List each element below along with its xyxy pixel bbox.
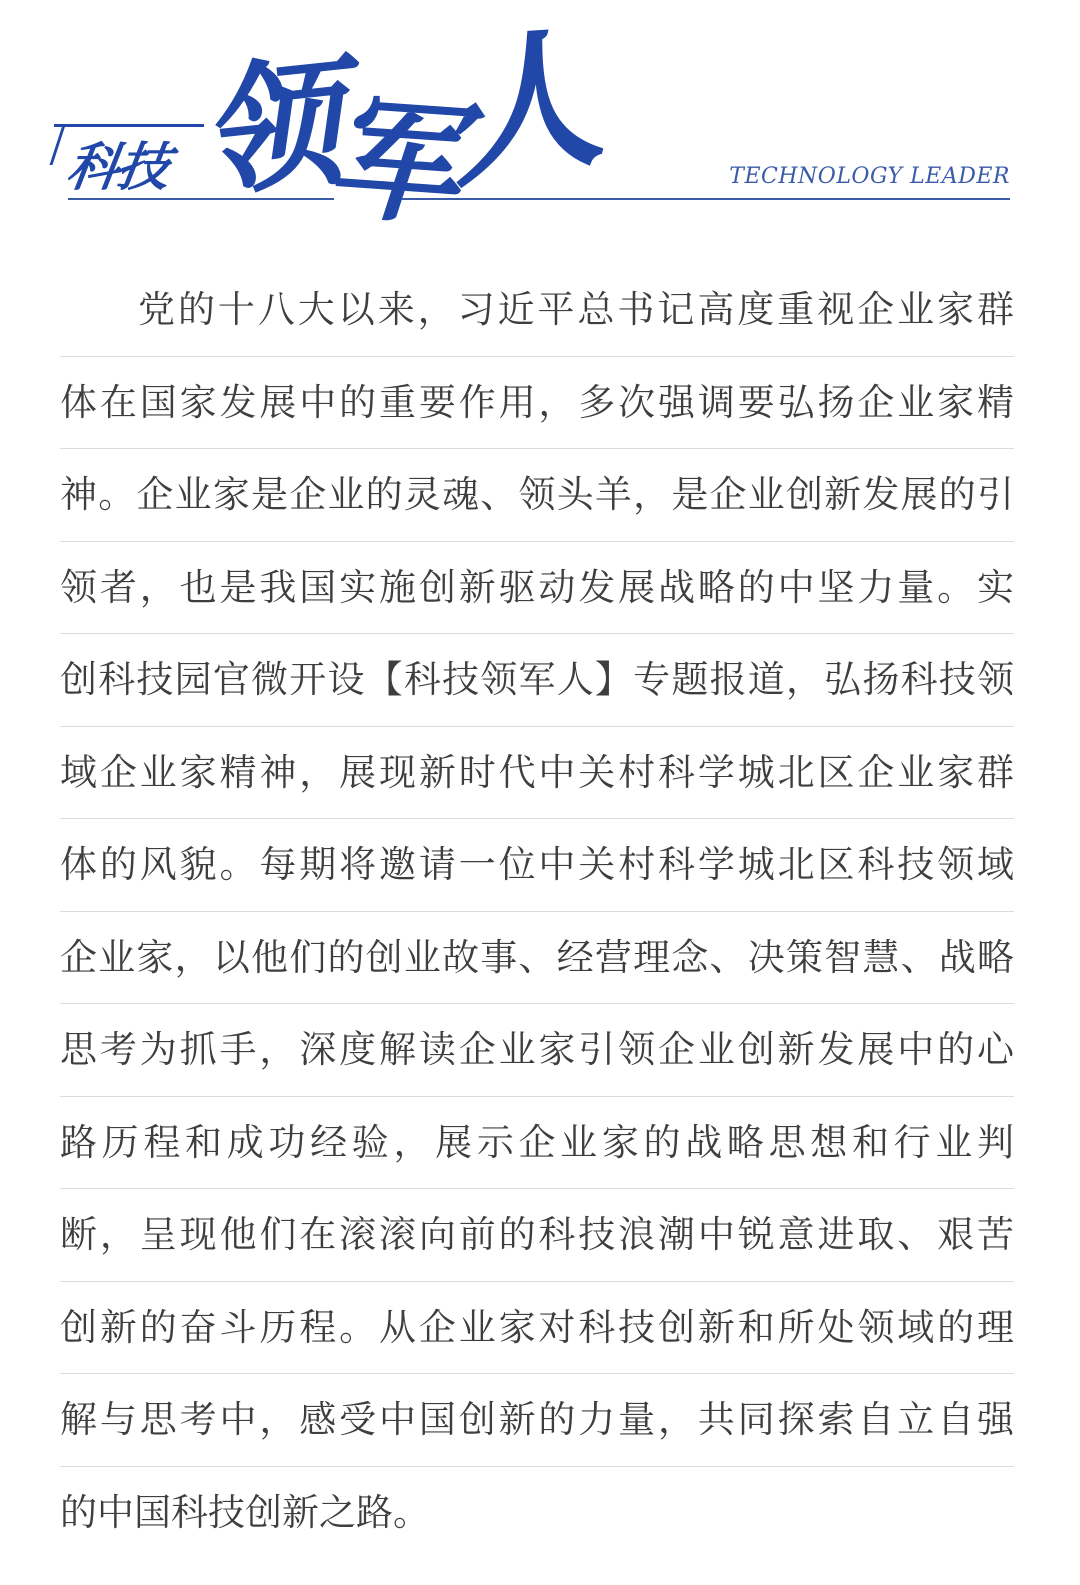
english-subtitle: TECHNOLOGY LEADER (729, 164, 1010, 189)
text-line: 神。企业家是企业的灵魂、领头羊，是企业创新发展的引 (60, 449, 1014, 542)
text-line: 领者，也是我国实施创新驱动发展战略的中坚力量。实 (60, 542, 1014, 635)
logo-calligraphy: 领军人 (200, 50, 578, 190)
column-header: 科技 领军人 TECHNOLOGY LEADER (0, 0, 1080, 250)
text-line: 路历程和成功经验，展示企业家的战略思想和行业判 (60, 1097, 1014, 1190)
header-rule-left (68, 198, 334, 200)
text-line: 的中国科技创新之路。 (60, 1467, 1014, 1560)
header-rule-right (402, 198, 1010, 200)
text-line: 创新的奋斗历程。从企业家对科技创新和所处领域的理 (60, 1282, 1014, 1375)
logo-char-2: 军 (322, 91, 451, 232)
text-line: 创科技园官微开设【科技领军人】专题报道，弘扬科技领 (60, 634, 1014, 727)
article-body: 党的十八大以来，习近平总书记高度重视企业家群 体在国家发展中的重要作用，多次强调… (60, 264, 1014, 1559)
text-line: 断，呈现他们在滚滚向前的科技浪潮中锐意进取、艰苦 (60, 1189, 1014, 1282)
text-line: 思考为抓手，深度解读企业家引领企业创新发展中的心 (60, 1004, 1014, 1097)
text-line: 体的风貌。每期将邀请一位中关村科学城北区科技领域 (60, 819, 1014, 912)
text-line: 域企业家精神，展现新时代中关村科学城北区企业家群 (60, 727, 1014, 820)
logo-char-3: 人 (432, 22, 595, 198)
text-line: 解与思考中，感受中国创新的力量，共同探索自立自强 (60, 1374, 1014, 1467)
logo-char-1: 领 (194, 54, 334, 206)
logo-accent-slash (50, 125, 66, 165)
logo-small-text: 科技 (63, 125, 174, 200)
text-line: 企业家，以他们的创业故事、经营理念、决策智慧、战略 (60, 912, 1014, 1005)
text-line: 体在国家发展中的重要作用，多次强调要弘扬企业家精 (60, 357, 1014, 450)
text-line: 党的十八大以来，习近平总书记高度重视企业家群 (60, 264, 1014, 357)
